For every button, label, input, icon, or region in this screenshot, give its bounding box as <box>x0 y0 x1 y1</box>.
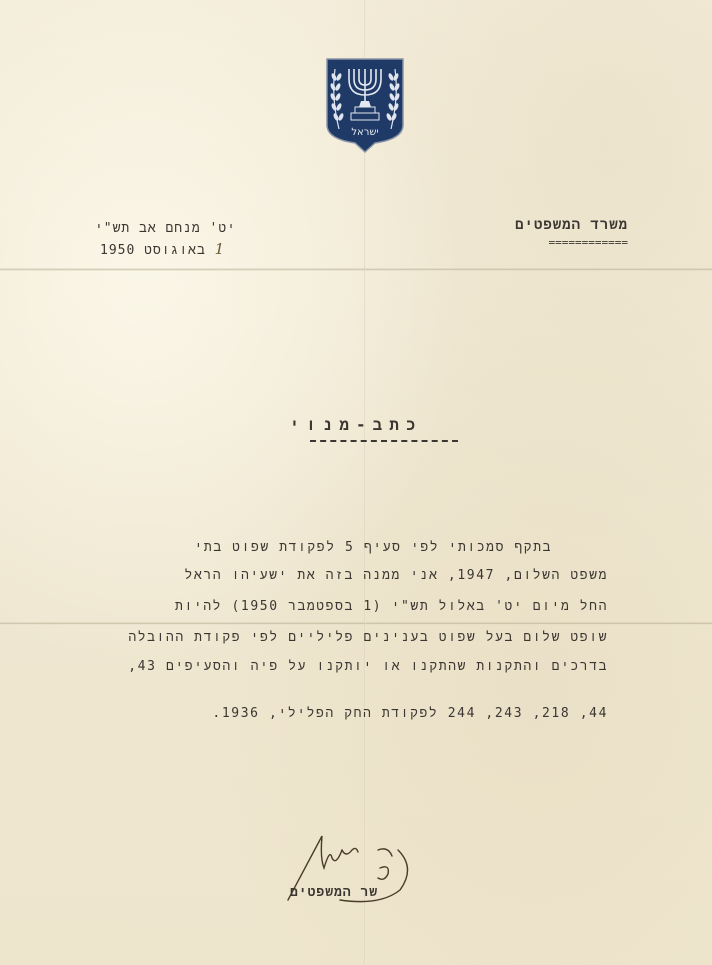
minister-title: שר המשפטים <box>290 885 378 900</box>
body-line: משפט השלום, 1947, אני ממנה בזה את ישעיהו… <box>185 568 608 583</box>
document-title: כתב-מנוי <box>0 415 712 435</box>
body-line: החל מיום יט' באלול תש"י (1 בספטמבר 1950)… <box>175 599 608 614</box>
paper-fold-horizontal-upper <box>0 268 712 271</box>
body-line: בדרכים והתקנות שהתקנו או יותקנו על פיה ו… <box>128 659 608 674</box>
body-line: שופט שלום בעל שפוט בענינים פליליים לפי פ… <box>128 630 608 645</box>
gregorian-date: 1 באוגוסט 1950 <box>100 240 225 258</box>
body-line: 44, 218, 243, 244 לפקודת החק הפלילי, 193… <box>212 706 608 721</box>
body-line: בתקף סמכותי לפי סעיף 5 לפקודת שפוט בתי <box>195 540 552 555</box>
svg-text:ישראל: ישראל <box>351 127 378 138</box>
emblem-of-israel-icon: ישראל <box>325 57 405 154</box>
hebrew-date: יט' מנחם אב תש"י <box>95 221 236 236</box>
gregorian-date-text: באוגוסט 1950 <box>100 243 206 258</box>
handwritten-day: 1 <box>215 240 226 258</box>
ministry-underline: ============ <box>549 236 628 249</box>
title-underline <box>310 440 458 442</box>
ministry-name: משרד המשפטים <box>515 217 628 234</box>
paper-fold-horizontal-lower <box>0 622 712 625</box>
